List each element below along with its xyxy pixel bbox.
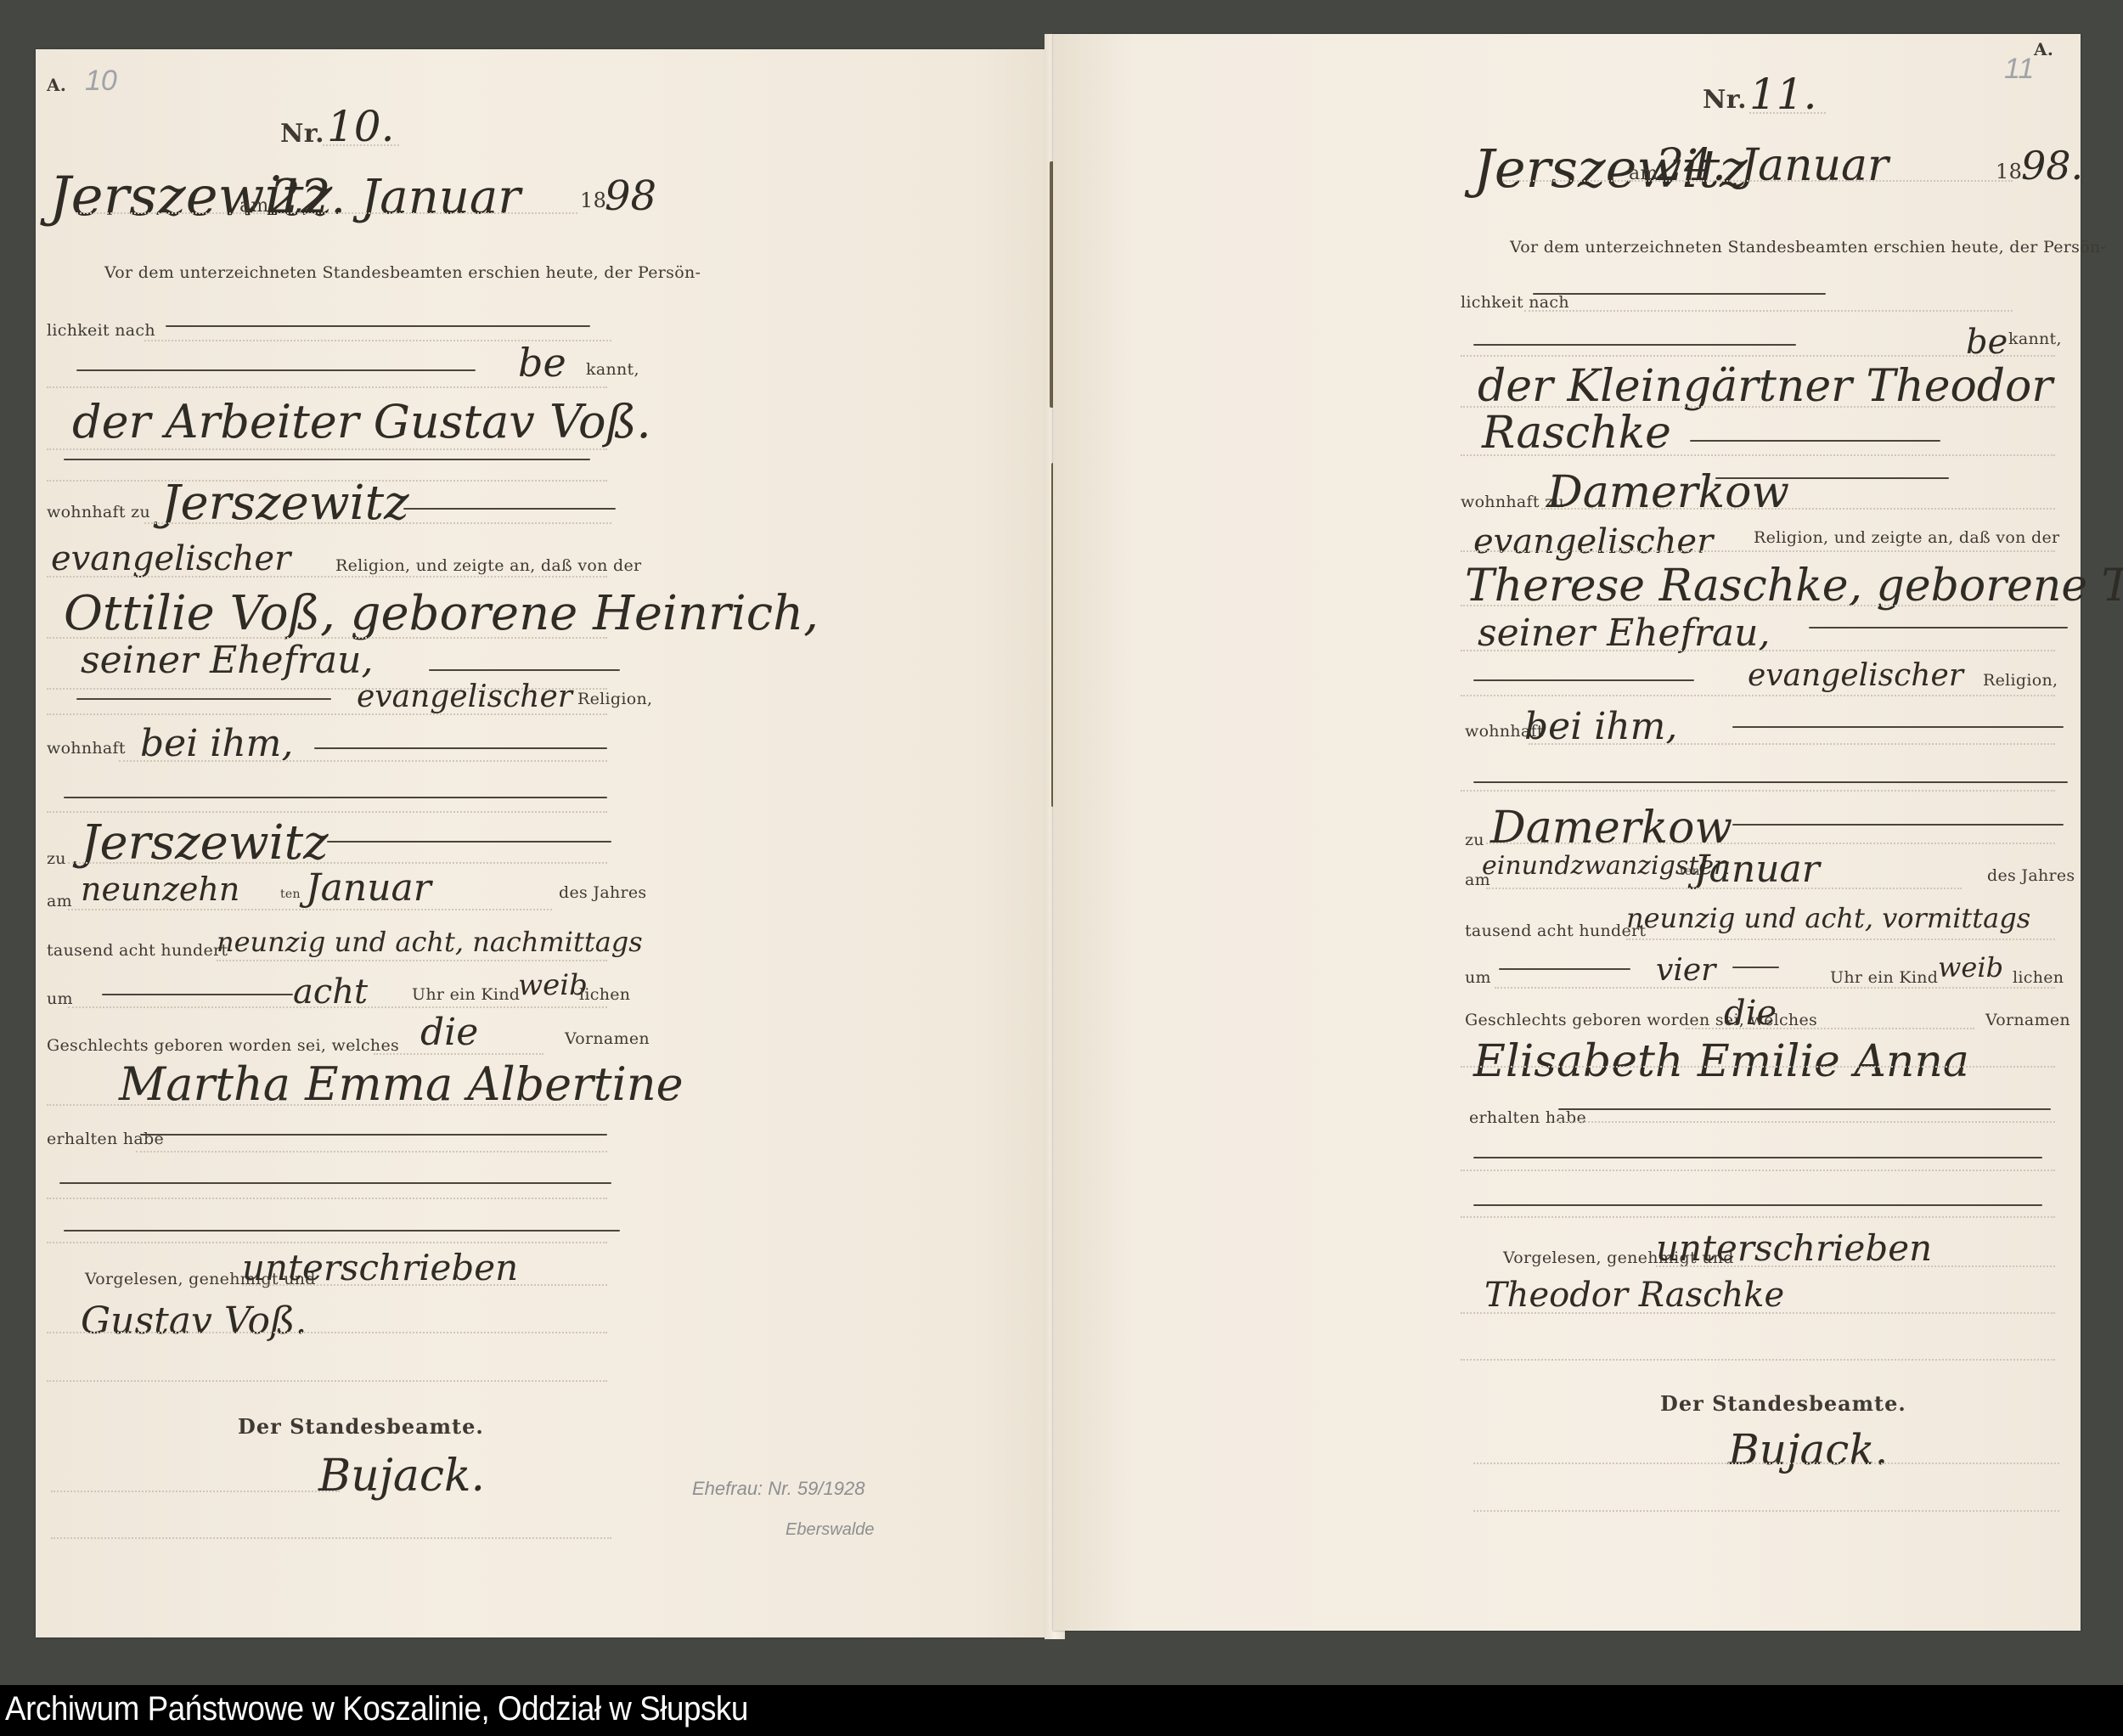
dotted-rule	[1461, 1359, 2055, 1361]
uhr-label: Uhr ein Kind	[412, 985, 520, 1004]
registration-date: 24. Januar	[1656, 140, 1889, 191]
ink-filler-line	[59, 1182, 611, 1184]
dotted-rule	[1461, 1216, 2055, 1218]
dotted-rule	[1686, 1028, 1974, 1029]
dotted-rule	[47, 1104, 607, 1106]
birth-month: Januar	[306, 866, 431, 910]
ink-filler-line	[64, 797, 607, 798]
pencil-folio-number: 11	[2004, 53, 2034, 86]
child-given-names: Martha Emma Albertine	[119, 1057, 684, 1111]
lichkeit-label: lichkeit nach	[1461, 293, 1569, 312]
registrar-label: Der Standesbeamte.	[1660, 1391, 1906, 1416]
dotted-rule	[47, 713, 607, 715]
entry-number-label: Nr.	[1703, 85, 1747, 115]
pencil-note-place: Eberswalde	[786, 1520, 875, 1540]
declarant-religion: evangelischer	[51, 539, 290, 578]
ink-filler-line	[76, 698, 331, 700]
dotted-rule	[51, 1491, 340, 1492]
bekannt-label: kannt,	[2008, 330, 2062, 348]
dotted-rule	[68, 1006, 607, 1008]
vornamen-label: Vornamen	[565, 1029, 650, 1048]
lichen-suffix: lichen	[2013, 968, 2064, 987]
dotted-rule	[1461, 355, 2055, 357]
dotted-rule	[47, 1380, 607, 1382]
dotted-rule	[1461, 605, 2055, 606]
dotted-rule	[1461, 695, 2055, 696]
ink-filler-line	[64, 1230, 620, 1232]
ink-filler-line	[64, 459, 590, 460]
tausend-label: tausend acht hundert	[1465, 922, 1646, 940]
dotted-rule	[1461, 1170, 2055, 1171]
ink-filler-line	[1473, 781, 2068, 783]
ink-filler-line	[1499, 968, 1630, 970]
dotted-rule	[1461, 650, 2055, 651]
intro-text: Vor dem unterzeichneten Standesbeamten e…	[104, 263, 701, 282]
dotted-rule	[47, 1242, 607, 1243]
dotted-rule	[47, 811, 607, 813]
dotted-rule	[47, 576, 607, 578]
dotted-rule	[47, 386, 607, 388]
declarant-surname: Raschke	[1482, 408, 1671, 459]
dotted-rule	[1503, 180, 2013, 182]
dotted-rule	[1461, 550, 2055, 552]
dotted-rule	[217, 960, 607, 961]
dotted-rule	[1473, 1463, 2059, 1464]
ink-filler-line	[1732, 824, 2064, 826]
ink-filler-line	[1473, 1204, 2042, 1206]
child-sex: weib	[1938, 951, 2003, 984]
dotted-rule	[119, 760, 607, 762]
mother-religion: evangelischer	[1748, 658, 1963, 693]
religion-label: Religion,	[577, 690, 652, 708]
ink-filler-line	[327, 841, 611, 843]
ink-filler-line	[1473, 679, 1694, 681]
ink-filler-line	[1732, 967, 1779, 968]
dotted-rule	[1461, 1066, 2055, 1068]
birth-year-and-time: neunzig und acht, vormittags	[1626, 902, 2030, 934]
dotted-rule	[1461, 790, 2055, 792]
ink-filler-line	[102, 994, 293, 995]
intro-text: Vor dem unterzeichneten Standesbeamten e…	[1510, 238, 2106, 256]
birth-hour: vier	[1656, 953, 1715, 988]
dotted-rule	[47, 1198, 607, 1199]
declarant-signature: Theodor Raschke	[1484, 1276, 1784, 1315]
am-label: am	[47, 892, 72, 910]
birth-day: neunzehn	[81, 871, 239, 908]
dotted-rule	[1473, 1510, 2059, 1512]
declarant-name: der Arbeiter Gustav Voß.	[72, 395, 651, 448]
dotted-rule	[323, 144, 399, 146]
year-suffix: 98.	[2021, 143, 2083, 189]
child-sex: weib	[518, 968, 588, 1002]
dotted-rule	[1749, 112, 1826, 114]
ink-filler-line	[140, 1134, 607, 1136]
dotted-rule	[1461, 454, 2055, 456]
dotted-rule	[1626, 938, 2055, 940]
wohnhaft-label: wohnhaft	[47, 739, 126, 758]
corner-mark: A.	[2034, 39, 2053, 59]
religion-label: Religion,	[1983, 671, 2058, 690]
religion-text: Religion, und zeigte an, daß von der	[1754, 528, 2059, 547]
dotted-rule	[47, 1332, 607, 1333]
mother-residence: bei ihm,	[1524, 705, 1677, 748]
entry-number-label: Nr.	[280, 119, 324, 149]
declarant-signature: Gustav Voß.	[81, 1299, 307, 1343]
mother-residence: bei ihm,	[140, 722, 293, 765]
ink-filler-line	[403, 508, 616, 510]
dotted-rule	[68, 862, 607, 864]
zu-label: zu	[1465, 831, 1484, 849]
ink-filler-line	[1715, 477, 1949, 479]
ink-filler-line	[429, 669, 620, 671]
dotted-rule	[144, 522, 611, 524]
ink-filler-line	[1809, 627, 2068, 628]
ink-filler-line	[166, 325, 590, 327]
dotted-rule	[1486, 888, 1962, 889]
um-label: um	[1465, 968, 1491, 987]
ten-suffix: ten	[280, 888, 301, 901]
unterschrieben-handwritten: unterschrieben	[1656, 1227, 1932, 1269]
bekannt-label: kannt,	[586, 360, 639, 379]
declarant-religion: evangelischer	[1473, 522, 1713, 561]
birth-month: Januar	[1694, 848, 1820, 891]
archive-caption-bar: Archiwum Państwowe w Koszalinie, Oddział…	[0, 1685, 2123, 1736]
corner-mark: A.	[47, 75, 66, 95]
ink-filler-line	[1690, 440, 1940, 442]
mother-name: Therese Raschke, geborene Tonert,	[1465, 561, 2123, 612]
ink-filler-line	[1533, 293, 1826, 295]
um-label: um	[47, 989, 73, 1008]
pencil-folio-number: 10	[85, 65, 117, 98]
dotted-rule	[136, 1151, 607, 1153]
birth-year-and-time: neunzig und acht, nachmittags	[217, 926, 643, 958]
archive-caption: Archiwum Państwowe w Koszalinie, Oddział…	[5, 1690, 748, 1728]
wohnhaft-zu-label: wohnhaft zu	[47, 503, 150, 521]
religion-text: Religion, und zeigte an, daß von der	[335, 556, 641, 575]
erhalten-label: erhalten habe	[1469, 1108, 1586, 1127]
tausend-label: tausend acht hundert	[47, 941, 228, 960]
pencil-note-marriage: Ehefrau: Nr. 59/1928	[692, 1478, 864, 1500]
declarant-residence: Damerkow	[1547, 467, 1789, 518]
registrar-signature: Bujack.	[1728, 1425, 1888, 1474]
uhr-label: Uhr ein Kind	[1830, 968, 1938, 987]
zu-label: zu	[47, 849, 66, 868]
year-suffix: 98	[605, 172, 656, 220]
dotted-rule	[242, 1284, 607, 1286]
dotted-rule	[1486, 843, 2055, 844]
dotted-rule	[1529, 743, 2055, 745]
dotted-rule	[1461, 1312, 2055, 1314]
child-given-names: Elisabeth Emilie Anna	[1473, 1036, 1969, 1087]
lichen-suffix: lichen	[579, 985, 630, 1004]
ink-filler-line	[1473, 344, 1796, 346]
ink-filler-line	[1473, 1157, 2042, 1158]
mother-name: Ottilie Voß, geborene Heinrich,	[64, 586, 819, 641]
wife-relation: seiner Ehefrau,	[81, 639, 373, 682]
bekannt-handwritten: be	[518, 340, 566, 386]
article: die	[420, 1011, 478, 1054]
wife-relation: seiner Ehefrau,	[1478, 612, 1770, 655]
dotted-rule	[1524, 310, 2013, 312]
registrar-signature: Bujack.	[318, 1451, 485, 1502]
ink-filler-line	[314, 747, 607, 749]
dotted-rule	[47, 448, 607, 450]
vornamen-label: Vornamen	[1985, 1011, 2070, 1029]
des-jahres-label: des Jahres	[1987, 866, 2075, 885]
dotted-rule	[76, 212, 577, 214]
declarant-name: der Kleingärtner Theodor	[1478, 361, 2053, 412]
dotted-rule	[68, 909, 552, 910]
ink-filler-line	[76, 369, 476, 371]
ink-filler-line	[1732, 726, 2064, 728]
erhalten-label: erhalten habe	[47, 1130, 164, 1148]
geschlechts-label: Geschlechts geboren worden sei, welches	[47, 1036, 399, 1055]
dotted-rule	[1550, 1121, 2055, 1123]
registration-date: 22. Januar	[270, 170, 521, 225]
dotted-rule	[1541, 508, 2055, 510]
dotted-rule	[51, 1537, 611, 1539]
dotted-rule	[374, 1053, 543, 1055]
registrar-label: Der Standesbeamte.	[238, 1414, 484, 1439]
dotted-rule	[1495, 987, 2055, 989]
dotted-rule	[1656, 1265, 2055, 1267]
year-prefix: 18	[580, 189, 606, 212]
lichkeit-label: lichkeit nach	[47, 321, 155, 340]
unterschrieben-handwritten: unterschrieben	[242, 1247, 518, 1288]
ink-filler-line	[1558, 1108, 2051, 1110]
birth-place: Damerkow	[1490, 803, 1732, 854]
mother-religion: evangelischer	[357, 679, 572, 714]
des-jahres-label: des Jahres	[559, 883, 646, 902]
